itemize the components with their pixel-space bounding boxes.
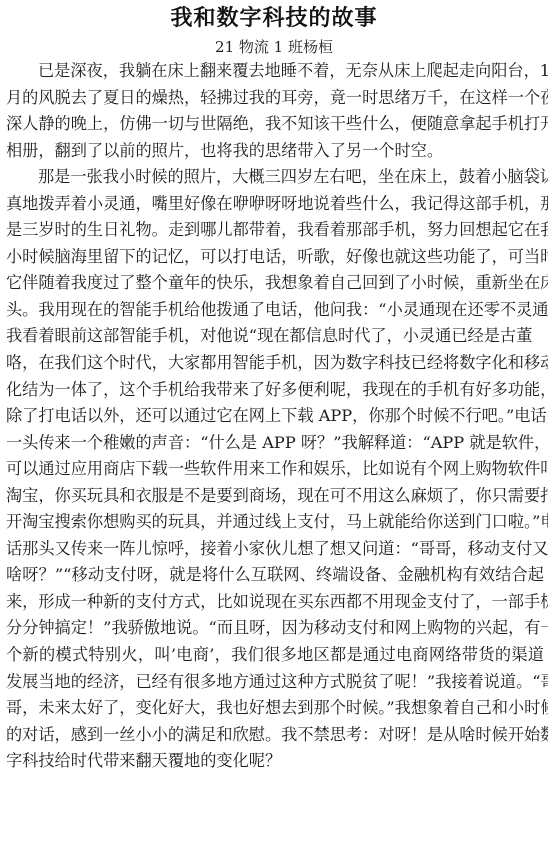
- text-line: 是三岁时的生日礼物。走到哪儿都带着，我看着那部手机，努力回想起它在我: [6, 217, 544, 244]
- text-line: 咯，在我们这个时代，大家都用智能手机，因为数字科技已经将数字化和移动: [6, 350, 544, 377]
- text-line: 它伴随着我度过了整个童年的快乐，我想象着自己回到了小时候，重新坐在床: [6, 270, 544, 297]
- text-line: 已是深夜，我躺在床上翻来覆去地睡不着，无奈从床上爬起走向阳台，11: [6, 58, 544, 85]
- text-line: 来，形成一种新的支付方式，比如说现在买东西都不用现金支付了，一部手机: [6, 589, 544, 616]
- text-line: 深人静的晚上，仿佛一切与世隔绝，我不知该干些什么，便随意拿起手机打开: [6, 111, 544, 138]
- paragraph-2: 那是一张我小时候的照片，大概三四岁左右吧，坐在床上，鼓着小脑袋认 真地拨弄着小灵…: [6, 164, 544, 775]
- text-line: 真地拨弄着小灵通，嘴里好像在咿咿呀呀地说着些什么，我记得这部手机，那: [6, 191, 544, 218]
- text-line: 一头传来一个稚嫩的声音：“什么是 APP 呀？”我解释道：“APP 就是软件，你: [6, 430, 544, 457]
- text-line: 小时候脑海里留下的记忆，可以打电话，听歌，好像也就这些功能了，可当时: [6, 244, 544, 271]
- text-line: 字科技给时代带来翻天覆地的变化呢？: [6, 748, 544, 775]
- text-line: 相册，翻到了以前的照片，也将我的思绪带入了另一个时空。: [6, 138, 544, 165]
- text-line: 个新的模式特别火，叫’电商’，我们很多地区都是通过电商网络带货的渠道: [6, 642, 544, 669]
- text-line: 那是一张我小时候的照片，大概三四岁左右吧，坐在床上，鼓着小脑袋认: [6, 164, 544, 191]
- text-line: 啥呀？”“移动支付呀，就是将什么互联网、终端设备、金融机构有效结合起: [6, 562, 544, 589]
- author-byline: 21 物流 1 班杨桓: [0, 36, 548, 58]
- text-line: 的对话，感到一丝小小的满足和欣慰。我不禁思考：对呀！是从啥时候开始数: [6, 722, 544, 749]
- document-body: 已是深夜，我躺在床上翻来覆去地睡不着，无奈从床上爬起走向阳台，11 月的风脱去了…: [6, 58, 544, 775]
- text-line: 开淘宝搜索你想购买的玩具，并通过线上支付，马上就能给你送到门口啦。”电: [6, 509, 544, 536]
- text-line: 化结为一体了，这个手机给我带来了好多便利呢，我现在的手机有好多功能，: [6, 377, 544, 404]
- text-line: 发展当地的经济，已经有很多地方通过这种方式脱贫了呢！”我接着说道。“哥: [6, 669, 544, 696]
- text-line: 月的风脱去了夏日的燥热，轻拂过我的耳旁，竟一时思绪万千，在这样一个夜: [6, 85, 544, 112]
- text-line: 淘宝，你买玩具和衣服是不是要到商场，现在可不用这么麻烦了，你只需要打: [6, 483, 544, 510]
- text-line: 头。我用现在的智能手机给他拨通了电话，他问我：“小灵通现在还零不灵通？: [6, 297, 544, 324]
- text-line: 我看着眼前这部智能手机，对他说“现在都信息时代了，小灵通已经是古董: [6, 323, 544, 350]
- text-line: 话那头又传来一阵儿惊呼，接着小家伙儿想了想又问道：“哥哥，移动支付又是: [6, 536, 544, 563]
- text-line: 可以通过应用商店下载一些软件用来工作和娱乐，比如说有个网上购物软件叫: [6, 456, 544, 483]
- text-line: 除了打电话以外，还可以通过它在网上下载 APP，你那个时候不行吧。”电话另: [6, 403, 544, 430]
- document-title: 我和数字科技的故事: [0, 4, 548, 34]
- text-line: 哥，未来太好了，变化好大，我也好想去到那个时候。”我想象着自己和小时候: [6, 695, 544, 722]
- paragraph-1: 已是深夜，我躺在床上翻来覆去地睡不着，无奈从床上爬起走向阳台，11 月的风脱去了…: [6, 58, 544, 164]
- text-line: 分分钟搞定！”我骄傲地说。“而且呀，因为移动支付和网上购物的兴起，有一: [6, 615, 544, 642]
